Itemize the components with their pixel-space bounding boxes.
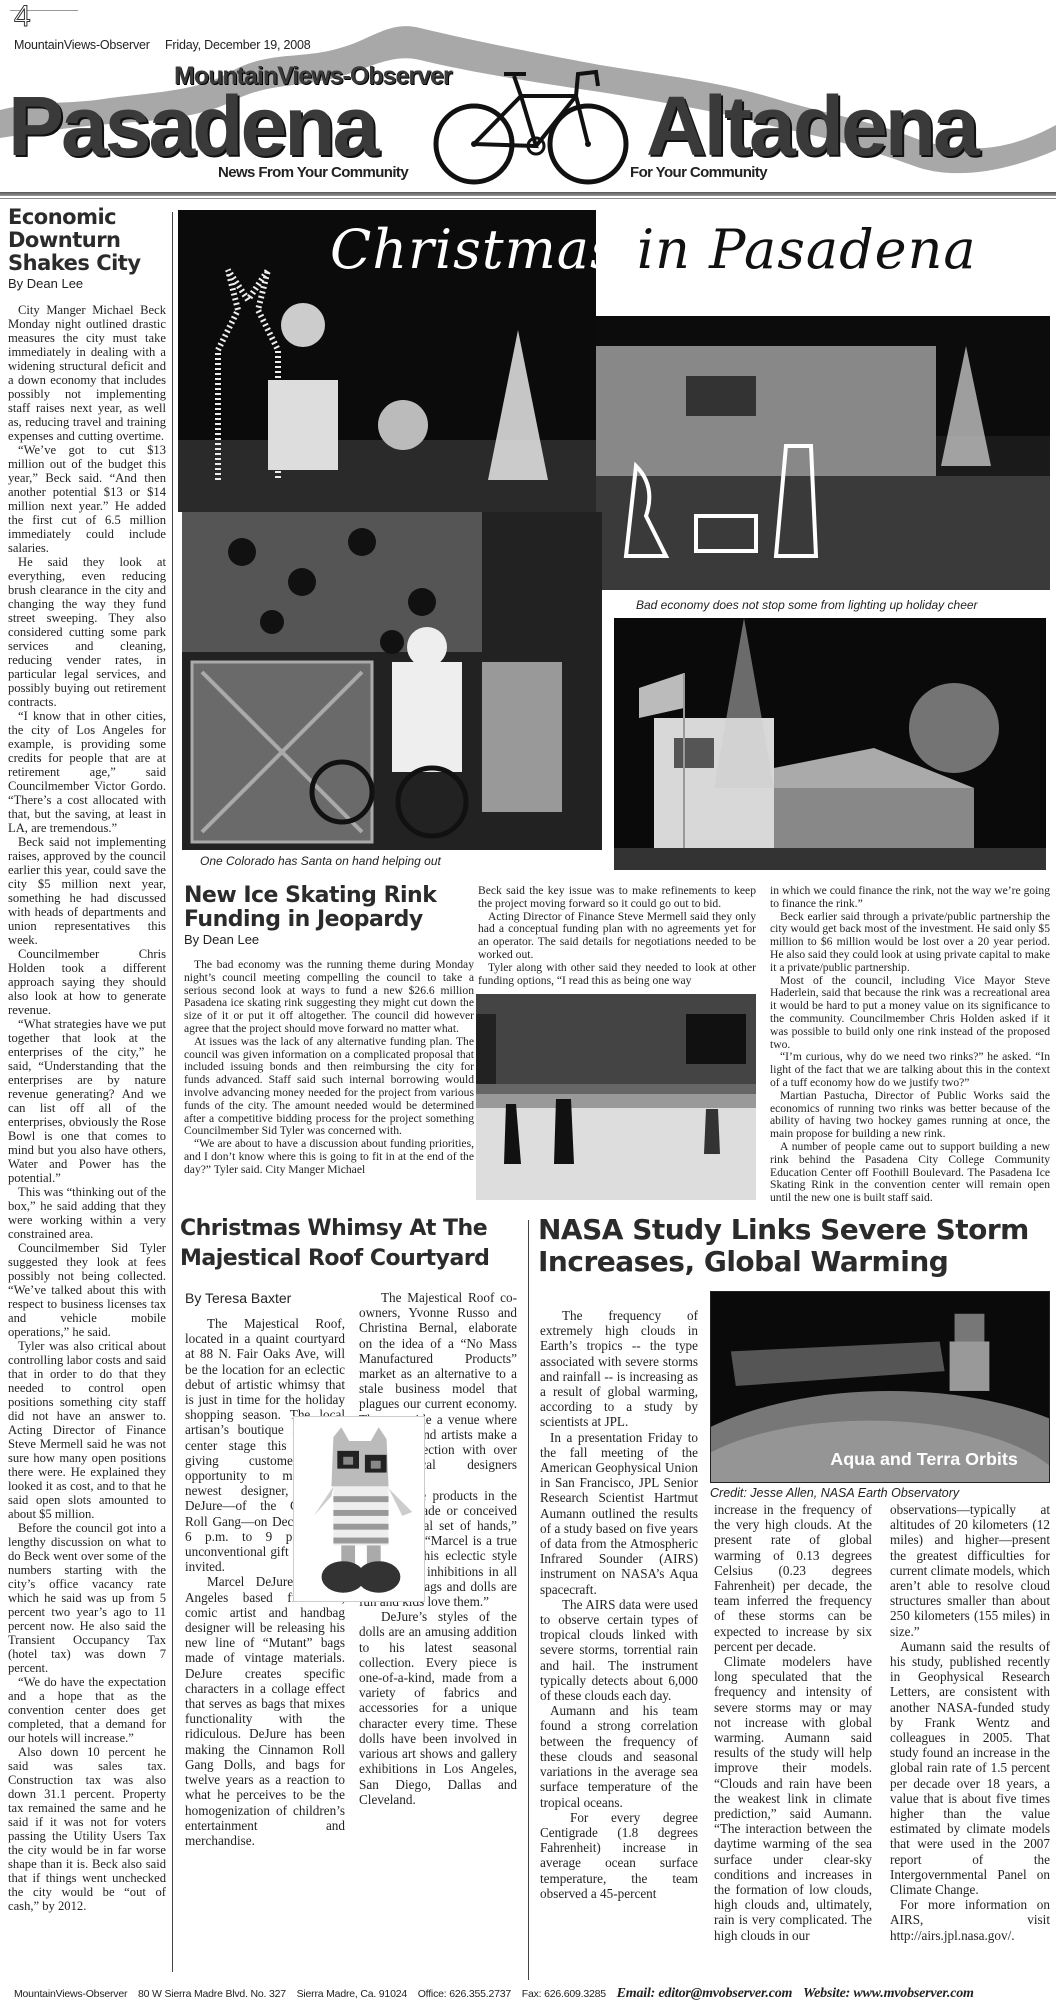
photo-satellite: Aqua and Terra Orbits xyxy=(710,1291,1050,1483)
article-headline: Economic Downturn Shakes City xyxy=(8,206,166,275)
paragraph: The bad economy was the running theme du… xyxy=(184,959,474,1036)
paragraph: Beck earlier said through a private/publ… xyxy=(770,911,1050,975)
paragraph: He said they look at everything, even re… xyxy=(8,555,166,709)
paragraph: Before the council got into a lengthy di… xyxy=(8,1521,166,1675)
paragraph: Aumann and his team found a strong corre… xyxy=(540,1703,698,1809)
article-rink: New Ice Skating Rink Funding in Jeopardy… xyxy=(184,884,474,1177)
paragraph: “What strategies have we put together th… xyxy=(8,1017,166,1185)
paragraph: Aumann said the results of his study, pu… xyxy=(890,1639,1050,1897)
paragraph: A number of people came out to support b… xyxy=(770,1141,1050,1205)
photo-doll xyxy=(293,1416,425,1602)
masthead-meta: MountainViews-Observer Friday, December … xyxy=(14,38,311,52)
footer-city: Sierra Madre, Ca. 91024 xyxy=(297,1988,407,2000)
paragraph: Beck said not implementing raises, appro… xyxy=(8,835,166,947)
paragraph: “I know that in other cities, the city o… xyxy=(8,709,166,835)
photo-santa-sleigh xyxy=(182,512,602,850)
footer-publication: MountainViews-Observer xyxy=(14,1988,127,2000)
paragraph: in which we could finance the rink, not … xyxy=(770,885,1050,911)
tagline-left: News From Your Community xyxy=(218,164,408,181)
article-economy: Economic Downturn Shakes City By Dean Le… xyxy=(8,206,166,1913)
whimsy-byline: By Teresa Baxter xyxy=(185,1290,291,1306)
paragraph: “I’m curious, why do we need two rinks?”… xyxy=(770,1051,1050,1089)
paragraph: increase in the frequency of the very hi… xyxy=(714,1502,872,1654)
paragraph: At issues was the lack of any alternativ… xyxy=(184,1036,474,1138)
feature-title-word2: in Pasadena xyxy=(637,218,977,281)
paragraph: The AIRS data were used to observe certa… xyxy=(540,1597,698,1703)
paragraph: The frequency of extremely high clouds i… xyxy=(540,1308,698,1430)
paragraph: For every degree Centigrade (1.8 degrees… xyxy=(540,1810,698,1901)
issue-date: Friday, December 19, 2008 xyxy=(165,38,311,52)
paragraph: observations—typically at altitudes of 2… xyxy=(890,1502,1050,1639)
publication-name: MountainViews-Observer xyxy=(14,38,150,52)
paragraph: This was “thinking out of the box,” he s… xyxy=(8,1185,166,1241)
paragraph: “We do have the expectation and a hope t… xyxy=(8,1675,166,1745)
footer-website-link[interactable]: Website: www.mvobserver.com xyxy=(803,1986,974,2000)
paragraph: Tyler along with other said they needed … xyxy=(478,962,756,988)
nasa-col1: The frequency of extremely high clouds i… xyxy=(540,1308,698,1901)
article-body: City Manger Michael Beck Monday night ou… xyxy=(8,303,166,1913)
whimsy-headline: Christmas Whimsy At The Majestical Roof … xyxy=(180,1214,520,1274)
article-body: The bad economy was the running theme du… xyxy=(184,959,474,1177)
article-rink-col2: Beck said the key issue was to make refi… xyxy=(478,885,756,987)
bicycle-icon xyxy=(426,56,636,186)
paragraph: Marcel DeJure, a Los Angeles based filmm… xyxy=(185,1574,345,1848)
column-divider xyxy=(528,1220,529,1980)
paragraph: Most of the council, including Vice Mayo… xyxy=(770,975,1050,1052)
paragraph: “We’ve got to cut $13 million out of the… xyxy=(8,443,166,555)
masthead-rule xyxy=(0,192,1056,196)
paragraph: Climate modelers have long speculated th… xyxy=(714,1654,872,1943)
caption-left: One Colorado has Santa on hand helping o… xyxy=(200,854,580,868)
brand-altadena: Altadena xyxy=(646,84,977,168)
page-footer: MountainViews-Observer 80 W Sierra Madre… xyxy=(14,1986,982,2000)
feature-title: Christmas in Pasadena xyxy=(330,218,977,281)
article-rink-col3: in which we could finance the rink, not … xyxy=(770,885,1050,1205)
tagline-right: For Your Community xyxy=(630,164,767,181)
paragraph: Councilmember Chris Holden took a differ… xyxy=(8,947,166,1017)
article-byline: By Dean Lee xyxy=(184,932,474,947)
paragraph: City Manger Michael Beck Monday night ou… xyxy=(8,303,166,443)
paragraph: For more information on AIRS, visit http… xyxy=(890,1897,1050,1943)
footer-email-link[interactable]: Email: editor@mvobserver.com xyxy=(617,1986,793,2000)
paragraph: “We are about to have a discussion about… xyxy=(184,1138,474,1176)
photo-nativity xyxy=(596,316,1050,590)
footer-fax: Fax: 626.609.3285 xyxy=(522,1988,606,2000)
nasa-col2: increase in the frequency of the very hi… xyxy=(714,1502,872,1943)
article-byline: By Dean Lee xyxy=(8,276,166,291)
paragraph: Also down 10 percent he said was sales t… xyxy=(8,1745,166,1913)
photo-ice-rink xyxy=(476,994,756,1200)
satellite-image-label: Aqua and Terra Orbits xyxy=(830,1449,1018,1469)
feature-title-word1: Christmas xyxy=(330,218,619,281)
masthead-rule-thin xyxy=(0,198,1056,199)
nasa-col3: observations—typically at altitudes of 2… xyxy=(890,1502,1050,1943)
footer-address: 80 W Sierra Madre Blvd. No. 327 xyxy=(138,1988,286,2000)
article-headline: New Ice Skating Rink Funding in Jeopardy xyxy=(184,884,474,932)
column-divider xyxy=(172,212,173,1972)
caption-right: Bad economy does not stop some from ligh… xyxy=(636,598,1052,612)
paragraph: Tyler was also critical about controllin… xyxy=(8,1339,166,1521)
paragraph: Martian Pastucha, Director of Public Wor… xyxy=(770,1090,1050,1141)
footer-office-phone: Office: 626.355.2737 xyxy=(418,1988,511,2000)
brand-pasadena: Pasadena xyxy=(8,84,376,168)
photo-lit-house xyxy=(614,618,1046,870)
satellite-credit: Credit: Jesse Allen, NASA Earth Observat… xyxy=(710,1486,1050,1500)
paragraph: Councilmember Sid Tyler suggested they l… xyxy=(8,1241,166,1339)
paragraph: DeJure’s styles of the dolls are an amus… xyxy=(359,1609,517,1807)
paragraph: In a presentation Friday to the fall mee… xyxy=(540,1430,698,1597)
paragraph: Beck said the key issue was to make refi… xyxy=(478,885,756,911)
paragraph: Acting Director of Finance Steve Mermell… xyxy=(478,911,756,962)
nasa-headline: NASA Study Links Severe Storm Increases,… xyxy=(538,1214,1054,1278)
